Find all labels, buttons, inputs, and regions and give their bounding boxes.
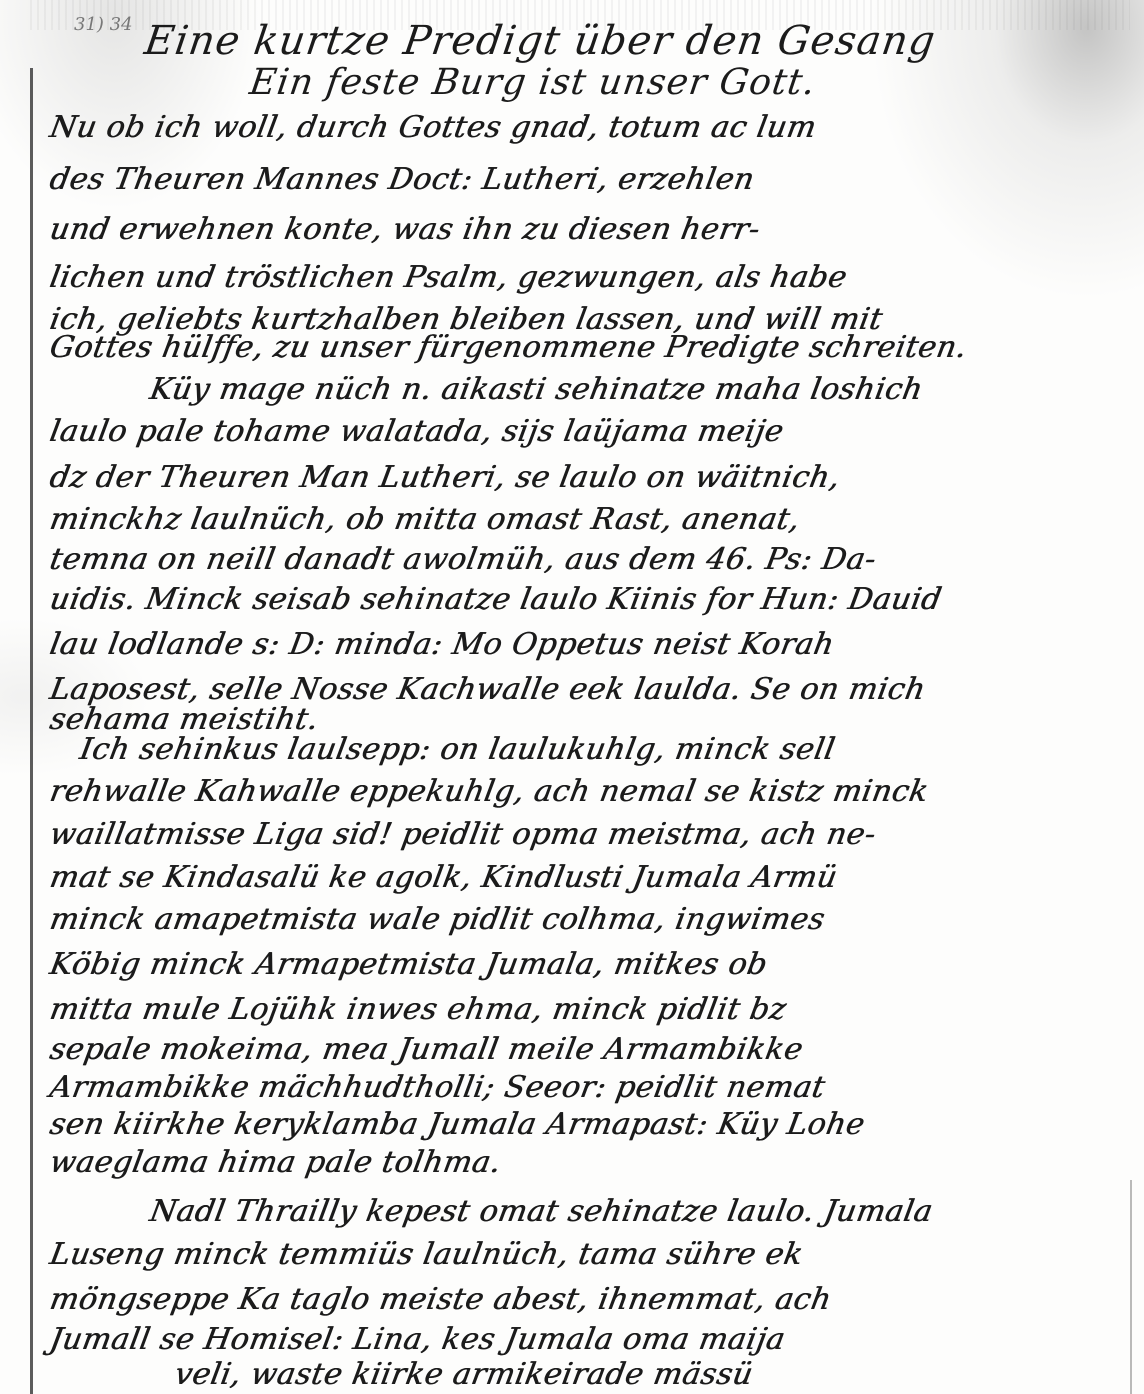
text-line: uidis. Minck seisab sehinatze laulo Kiin… <box>46 580 944 620</box>
text-line: temna on neill danadt awolmüh, aus dem 4… <box>46 540 879 580</box>
text-line: minck amapetmista wale pidlit colhma, in… <box>46 900 827 940</box>
text-line: möngseppe Ka taglo meiste abest, ihnemma… <box>46 1280 834 1320</box>
text-line: Nu ob ich woll, durch Gottes gnad, totum… <box>46 108 819 148</box>
text-line: Luseng minck temmiüs laulnüch, tama sühr… <box>46 1235 806 1275</box>
page-edge <box>1130 1180 1132 1394</box>
document-title-line-1: Eine kurtze Predigt über den Gesang <box>142 18 939 64</box>
folio-number: 31) 34 <box>74 14 133 35</box>
text-line: laulo pale tohame walatada, sijs laüjama… <box>46 412 786 452</box>
text-line: veli, waste kiirke armikeirade mässü <box>171 1355 755 1394</box>
text-line: Ich sehinkus laulsepp: on laulukuhlg, mi… <box>76 730 838 770</box>
text-line: und erwehnen konte, was ihn zu diesen he… <box>46 210 763 250</box>
text-line: Küy mage nüch n. aikasti sehinatze maha … <box>146 370 925 410</box>
document-title-line-2: Ein feste Burg ist unser Gott. <box>247 62 818 103</box>
text-line: mat se Kindasalü ke agolk, Kindlusti Jum… <box>46 858 840 898</box>
left-margin-rule <box>30 68 33 1394</box>
text-line: Gottes hülffe, zu unser fürgenommene Pre… <box>46 328 969 368</box>
text-line: Jumall se Homisel: Lina, kes Jumala oma … <box>46 1320 788 1360</box>
text-line: waeglama hima pale tolhma. <box>46 1143 504 1183</box>
manuscript-page: 31) 34 Eine kurtze Predigt über den Gesa… <box>0 0 1144 1394</box>
text-line: lichen und tröstlichen Psalm, gezwungen,… <box>46 258 849 298</box>
text-line: Köbig minck Armapetmista Jumala, mitkes … <box>46 945 770 985</box>
text-line: dz der Theuren Man Lutheri, se laulo on … <box>46 458 843 498</box>
text-line: Armambikke mächhudtholli; Seeor: peidlit… <box>46 1068 828 1108</box>
text-line: minckhz laulnüch, ob mitta omast Rast, a… <box>46 500 803 540</box>
text-line: Nadl Thrailly kepest omat sehinatze laul… <box>146 1192 935 1232</box>
text-line: lau lodlande s: D: minda: Mo Oppetus nei… <box>46 625 837 665</box>
text-line: waillatmisse Liga sid! peidlit opma meis… <box>46 815 878 855</box>
text-line: sepale mokeima, mea Jumall meile Armambi… <box>46 1030 806 1070</box>
text-line: mitta mule Lojühk inwes ehma, minck pidl… <box>46 990 789 1030</box>
text-line: sen kiirkhe keryklamba Jumala Armapast: … <box>46 1105 867 1145</box>
text-line: des Theuren Mannes Doct: Lutheri, erzehl… <box>46 160 757 200</box>
text-line: rehwalle Kahwalle eppekuhlg, ach nemal s… <box>46 772 931 812</box>
